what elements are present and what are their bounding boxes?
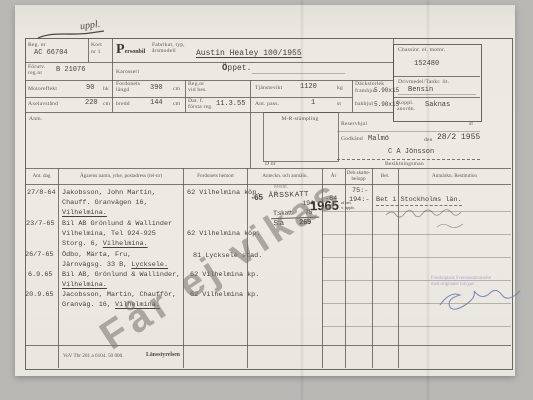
motoreffekt-unit: hk bbox=[103, 86, 109, 92]
owner-line: Vilhelmina. bbox=[62, 208, 156, 218]
vehicle-class: Personbil bbox=[116, 42, 145, 58]
row-date: 23/7-65 bbox=[26, 219, 55, 229]
row-date: 6.9.65 bbox=[28, 270, 52, 280]
rule bbox=[252, 73, 345, 74]
rule bbox=[25, 184, 511, 185]
bredd-label: bredd bbox=[116, 101, 130, 107]
rule bbox=[322, 326, 511, 327]
rule bbox=[322, 257, 511, 258]
bakhjul-value: 5.90x15 bbox=[374, 100, 399, 109]
col-header-hemort: Fordonets hemort bbox=[184, 174, 247, 180]
rule bbox=[25, 80, 393, 81]
owner-line: Vilhelmina, Tel 924-925 bbox=[62, 229, 172, 239]
tax-stamp-year: -65 bbox=[251, 193, 263, 202]
antpass-label: Ant. pass. bbox=[255, 101, 279, 107]
rule bbox=[25, 62, 393, 63]
axel-label: Axelavstånd bbox=[28, 101, 58, 107]
karosseri-label: Karosseri bbox=[116, 69, 139, 75]
antpass-value: 1 bbox=[311, 99, 315, 108]
owner-line-part: Järnvägsg. 33 B, bbox=[62, 261, 131, 269]
row-owner: Ödbo, Märta, Fru, Järnvägsg. 33 B, Lycks… bbox=[62, 250, 168, 270]
rule bbox=[337, 131, 480, 132]
kort-value: nr 1 bbox=[91, 49, 101, 55]
chassi-value: 152480 bbox=[414, 60, 439, 69]
row-owner: Jakobsson, John Martin, Chauff. Granväge… bbox=[62, 188, 156, 218]
dnr-label: D nr bbox=[265, 161, 276, 167]
bredd-unit: cm bbox=[173, 101, 180, 107]
bredd-value: 144 bbox=[150, 99, 163, 108]
owner-line: Jakobsson, John Martin, bbox=[62, 188, 156, 198]
photocopy-stamp-line: Fotokopians överensstämmelse bbox=[431, 276, 491, 282]
framhjul-value: 5.90x15 bbox=[374, 86, 399, 95]
langd-label2: längd bbox=[116, 87, 129, 93]
tjanstevikt-unit: kg bbox=[337, 85, 343, 91]
koppl-label2: anordn. bbox=[397, 106, 415, 112]
rule bbox=[372, 168, 373, 368]
row-date: 27/8-64 bbox=[27, 188, 56, 198]
rule bbox=[58, 168, 59, 368]
langd-unit: cm bbox=[173, 86, 180, 92]
owner-line: Storg. 6, Vilhelmina. bbox=[62, 239, 172, 249]
antpass-unit: st bbox=[337, 101, 341, 107]
axel-unit: cm bbox=[103, 101, 110, 107]
reservhjul-label: Reservhjul bbox=[341, 121, 367, 127]
row-hemort: 62 Vilhelmina köp. bbox=[187, 188, 260, 198]
owner-line-town: Vilhelmina. bbox=[103, 240, 148, 248]
owner-line-part: Granväg. 16, bbox=[62, 301, 115, 309]
godkand-label: Godkänd bbox=[341, 136, 363, 142]
drivmedel-label: Drivmedel/Tankr. lit. bbox=[398, 79, 449, 85]
rule bbox=[393, 76, 480, 77]
tjanstevikt-value: 1120 bbox=[300, 83, 317, 92]
fabrikat-label2: årsmodell bbox=[152, 48, 176, 54]
inspector-signature: C A Jönsson bbox=[388, 148, 434, 157]
mr-stamp-label: M-R-stämpling bbox=[263, 116, 337, 122]
row-date: 20.9.65 bbox=[25, 290, 54, 300]
rule bbox=[112, 38, 113, 112]
col-header-anmarkn: Anmärkn. Restitution bbox=[398, 174, 511, 180]
axel-value: 220 bbox=[85, 99, 98, 108]
forutv-value: B 21076 bbox=[56, 66, 85, 75]
rule bbox=[352, 80, 353, 112]
framhjul-label: framhjul bbox=[355, 88, 376, 94]
owner-line: Chauff. Granvägen 16, bbox=[62, 198, 156, 208]
rule bbox=[250, 80, 251, 168]
reg-nr-value: AC 66704 bbox=[34, 49, 68, 58]
rule bbox=[393, 97, 480, 98]
rule bbox=[25, 345, 511, 346]
handwritten-remark bbox=[382, 205, 482, 235]
motoreffekt-value: 90 bbox=[86, 84, 94, 93]
besiktningsman-label: Besiktningsman bbox=[385, 161, 424, 167]
col-header-owner: Ägarens namn, yrke, postadress (tel-nr) bbox=[59, 174, 183, 180]
owner-line: Järnvägsg. 33 B, Lycksele. bbox=[62, 260, 168, 270]
issuer: Länsstyrelsen bbox=[146, 352, 180, 358]
scanned-registration-card: uppl. Reg. nr AC 66704 Kort nr 1 Personb… bbox=[0, 0, 533, 400]
langd-value: 390 bbox=[150, 84, 163, 93]
koppl-value: Saknas bbox=[425, 101, 450, 110]
row-owner: Bil AB Grönlund & Wallinder Vilhelmina, … bbox=[62, 219, 172, 249]
karosseri-value: Öppet. bbox=[222, 64, 251, 73]
godkand-place: Malmö bbox=[368, 135, 389, 144]
owner-line: Ödbo, Märta, Fru, bbox=[62, 250, 168, 260]
owner-line: Bil AB Grönlund & Wallinder bbox=[62, 219, 172, 229]
godkand-date: 28/2 1955 bbox=[437, 133, 480, 142]
fabrikat-value: Austin Healey 100/1955 bbox=[196, 49, 302, 58]
certifier-signature bbox=[432, 283, 527, 318]
chassi-label: Chassinr. el. motnr. bbox=[398, 47, 445, 53]
col-header-date: Ant. dag bbox=[25, 174, 58, 180]
reservhjul-unit: st bbox=[469, 121, 473, 127]
regbes-label2: vid bes. bbox=[188, 87, 207, 93]
tjanstevikt-label: Tjänstevikt bbox=[255, 85, 282, 91]
row-date: 26/7-65 bbox=[25, 250, 54, 260]
godkand-den: den bbox=[424, 137, 433, 143]
rule bbox=[185, 80, 186, 112]
rule bbox=[25, 168, 511, 169]
rule bbox=[398, 94, 476, 95]
anm-label: Anm. bbox=[29, 116, 42, 122]
owner-line-part: Storg. 6, bbox=[62, 240, 103, 248]
datreg-value: 11.3.55 bbox=[216, 100, 245, 109]
bakhjul-label: bakhjul bbox=[355, 101, 373, 107]
forutv-label2: reg.nr bbox=[28, 70, 42, 76]
owner-line-town: Lycksele. bbox=[131, 261, 168, 269]
datreg-label2: första reg. bbox=[188, 104, 213, 110]
motoreffekt-label: Motoreffekt bbox=[28, 86, 57, 92]
